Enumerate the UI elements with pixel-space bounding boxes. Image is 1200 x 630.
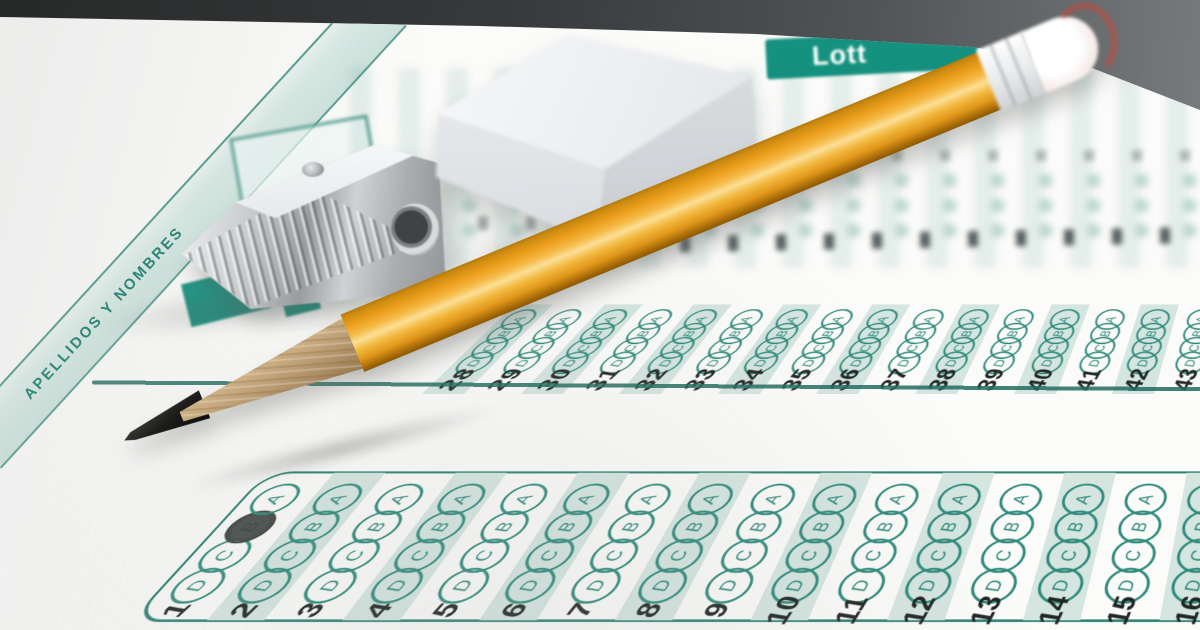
bubble-letter: D — [895, 358, 913, 367]
bubble-letter: D — [751, 358, 770, 367]
bubble-letter: A — [737, 315, 755, 323]
question-number: 12 — [894, 594, 943, 628]
bubble-letter: C — [621, 343, 640, 352]
bubble-a: A — [743, 484, 801, 516]
bubble-a: A — [632, 309, 678, 330]
bubble-a: A — [1121, 484, 1169, 516]
bubble-letter: A — [1011, 315, 1027, 323]
bubble-c: C — [1108, 538, 1159, 572]
bubble-a: A — [540, 309, 589, 330]
bubble-letter: D — [316, 578, 346, 593]
bubble-letter: B — [634, 329, 652, 337]
bubble-letter: A — [509, 315, 528, 323]
bubble-letter: C — [527, 343, 547, 352]
bubble-letter: C — [210, 549, 240, 563]
bubble-letter: A — [573, 493, 598, 505]
bubble-letter: D — [608, 358, 628, 367]
bubble-c: C — [1042, 538, 1094, 572]
bubble-letter: D — [560, 358, 580, 367]
question-number: 3 — [289, 600, 334, 619]
bubble-letter: A — [636, 493, 661, 505]
bubble-a: A — [1058, 484, 1108, 516]
bubble-letter: D — [991, 358, 1009, 367]
bubble-letter: C — [471, 549, 499, 563]
bubble-letter: D — [704, 358, 723, 367]
bubble-letter: A — [920, 315, 937, 323]
bubble-letter: C — [861, 549, 886, 563]
bubble-letter: D — [183, 578, 213, 593]
bubble-letter: C — [536, 549, 564, 563]
bubble-letter: A — [1056, 315, 1072, 323]
bubble-letter: C — [856, 343, 874, 352]
bubble-letter: A — [1010, 493, 1033, 505]
bubble-a: A — [1046, 309, 1083, 330]
bubble-letter: A — [692, 315, 710, 323]
bubble-letter: C — [1187, 549, 1200, 563]
bubble-letter: B — [300, 520, 328, 533]
bubble-a: A — [586, 309, 633, 330]
bubble-b: B — [1179, 510, 1200, 543]
bubble-letter: A — [823, 493, 847, 505]
bubble-letter: A — [511, 493, 537, 505]
bubble-letter: B — [555, 520, 581, 533]
bubble-c: C — [779, 538, 838, 572]
bubble-letter: C — [668, 343, 687, 352]
bubble-letter: D — [1086, 358, 1103, 367]
bubble-letter: C — [1139, 343, 1155, 352]
bubble-letter: C — [1186, 343, 1200, 352]
bubble-letter: B — [810, 520, 835, 533]
bubble-letter: D — [649, 578, 676, 593]
bubble-letter: D — [656, 358, 676, 367]
question-number: 7 — [560, 600, 603, 619]
bubble-letter: C — [1056, 549, 1080, 563]
bubble-d: D — [697, 568, 760, 604]
bubble-a: A — [1184, 484, 1200, 516]
bubble-letter: B — [1065, 520, 1088, 533]
bubble-a: A — [678, 309, 723, 330]
bubble-letter: D — [516, 578, 544, 593]
bubble-letter: A — [965, 315, 981, 323]
bubble-letter: B — [428, 520, 455, 533]
bubble-letter: C — [715, 343, 734, 352]
bubble-a: A — [862, 309, 903, 330]
bubble-letter: D — [449, 578, 478, 593]
bubble-a: A — [932, 484, 985, 516]
bubble-letter: B — [619, 520, 645, 533]
bubble-a: A — [1000, 309, 1038, 330]
bubble-b: B — [793, 510, 851, 543]
bubble-letter: C — [340, 549, 369, 563]
bubble-letter: A — [1148, 315, 1164, 323]
bubble-a: A — [1092, 309, 1128, 330]
bubble-letter: A — [261, 493, 288, 505]
bubble-letter: A — [828, 315, 845, 323]
bubble-letter: D — [799, 358, 818, 367]
bubble-b: B — [729, 510, 788, 543]
bubble-a: A — [1138, 309, 1173, 330]
bubble-letter: B — [1192, 520, 1200, 533]
question-number: 15 — [1099, 594, 1145, 628]
bubble-letter: D — [464, 358, 485, 367]
bubble-letter: D — [782, 578, 809, 593]
bubble-letter: B — [912, 329, 929, 337]
bubble-letter: D — [383, 578, 412, 593]
bubble-letter: D — [847, 358, 865, 367]
bubble-letter: A — [646, 315, 664, 323]
question-number: 30 — [530, 367, 579, 392]
bubble-letter: C — [903, 343, 921, 352]
bubble-letter: A — [1072, 493, 1095, 505]
question-number: 10 — [758, 594, 809, 628]
bubble-letter: C — [926, 549, 951, 563]
bubble-letter: D — [1048, 578, 1073, 593]
bubble-letter: A — [947, 493, 970, 505]
bubble-letter: C — [950, 343, 967, 352]
bubble-letter: B — [680, 329, 698, 337]
bubble-a: A — [908, 309, 948, 330]
bubble-letter: B — [819, 329, 836, 337]
question-number: 1 — [153, 600, 199, 619]
bubble-letter: A — [555, 315, 574, 323]
bubble-letter: B — [237, 520, 265, 533]
bubble-letter: B — [588, 329, 607, 337]
bubble-letter: C — [1122, 549, 1146, 563]
bubble-b: B — [986, 510, 1039, 543]
question-number: 8 — [628, 600, 671, 619]
bubble-letter: D — [715, 578, 742, 593]
question-number: 14 — [1031, 594, 1078, 628]
bubble-letter: D — [1134, 358, 1151, 367]
bubble-letter: D — [1181, 578, 1200, 593]
bubble-c: C — [845, 538, 903, 572]
bubble-letter: B — [1097, 329, 1113, 337]
bubble-a: A — [816, 309, 858, 330]
bubble-letter: C — [731, 549, 757, 563]
bubble-letter: A — [760, 493, 784, 505]
bubble-letter: D — [982, 578, 1007, 593]
bubble-letter: D — [943, 358, 961, 367]
bubble-letter: B — [1128, 520, 1151, 533]
bubble-letter: C — [809, 343, 827, 352]
question-number: 2 — [221, 600, 266, 619]
bubble-letter: D — [250, 578, 280, 593]
bubble-b: B — [922, 510, 976, 543]
bubble-letter: B — [726, 329, 744, 337]
bubble-letter: B — [682, 520, 707, 533]
question-number: 34 — [726, 367, 771, 392]
bubble-b: B — [1050, 510, 1101, 543]
bubble-letter: A — [698, 493, 723, 505]
bubble-letter: D — [1115, 578, 1139, 593]
bubble-letter: A — [1193, 315, 1200, 323]
bubble-letter: A — [324, 493, 351, 505]
question-number: 32 — [628, 367, 675, 392]
answer-section-bottom: DCBA1DCBA2DCBA3DCBA4DCBA5DCBA6DCBA7DCBA8… — [0, 466, 1200, 630]
bubble-letter: C — [991, 549, 1016, 563]
bubble-letter: B — [491, 520, 517, 533]
bubble-c: C — [976, 538, 1030, 572]
bubble-letter: D — [1038, 358, 1055, 367]
bubble-letter: C — [574, 343, 594, 352]
bubble-letter: A — [885, 493, 909, 505]
bubble-b: B — [857, 510, 913, 543]
bubble-letter: B — [1004, 329, 1021, 337]
bubble-a: A — [869, 484, 924, 516]
bubble-a: A — [806, 484, 862, 516]
question-number: 31 — [579, 367, 627, 392]
bubble-a: A — [954, 309, 993, 330]
question-number: 4 — [357, 600, 402, 619]
bubble-letter: C — [998, 343, 1015, 352]
bubble-letter: A — [1134, 493, 1156, 505]
bubble-b: B — [1115, 510, 1165, 543]
bubble-a: A — [770, 309, 813, 330]
bubble-letter: C — [405, 549, 433, 563]
bubble-letter: C — [275, 549, 304, 563]
bubble-letter: B — [1190, 329, 1200, 337]
bubble-letter: B — [495, 329, 514, 337]
bubble-letter: A — [448, 493, 474, 505]
bubble-letter: C — [762, 343, 781, 352]
bubble-letter: D — [849, 578, 875, 593]
bubble-letter: B — [364, 520, 391, 533]
bubble-letter: D — [1182, 358, 1198, 367]
bubble-letter: B — [746, 520, 771, 533]
bubble-letter: A — [386, 493, 412, 505]
bubble-letter: C — [666, 549, 693, 563]
bubble-letter: B — [773, 329, 791, 337]
question-number: 16 — [1167, 594, 1200, 628]
bubble-letter: A — [1102, 315, 1118, 323]
bubble-letter: B — [937, 520, 961, 533]
bubble-letter: B — [873, 520, 897, 533]
bubble-letter: B — [958, 329, 975, 337]
question-number: 6 — [492, 600, 536, 619]
bubble-c: C — [713, 538, 774, 572]
bubble-letter: B — [1001, 520, 1025, 533]
bubble-letter: B — [1143, 329, 1159, 337]
bubble-letter: C — [796, 549, 822, 563]
question-number: 33 — [677, 367, 723, 392]
bubble-letter: B — [541, 329, 560, 337]
bubble-letter: A — [874, 315, 891, 323]
question-number: 13 — [963, 594, 1011, 628]
photo-of-answer-sheet: APELLIDOS Y NOMBRES Lott DCBA28DCBA29DCB… — [0, 0, 1200, 630]
bubble-a: A — [995, 484, 1046, 516]
bubble-c: C — [1174, 538, 1200, 572]
bubble-letter: A — [600, 315, 618, 323]
question-number: 5 — [424, 600, 468, 619]
bubble-letter: B — [1051, 329, 1067, 337]
bubble-letter: D — [582, 578, 610, 593]
bubble-letter: D — [512, 358, 532, 367]
bubble-letter: B — [865, 329, 882, 337]
bubble-letter: C — [601, 549, 628, 563]
bubble-letter: C — [1092, 343, 1109, 352]
bubble-letter: A — [783, 315, 800, 323]
bubble-letter: C — [1045, 343, 1062, 352]
question-number: 29 — [481, 367, 531, 392]
question-number: 9 — [695, 600, 737, 619]
bubble-letter: C — [480, 343, 500, 352]
bubble-c: C — [911, 538, 967, 572]
bubble-a: A — [724, 309, 768, 330]
bubble-letter: D — [915, 578, 941, 593]
